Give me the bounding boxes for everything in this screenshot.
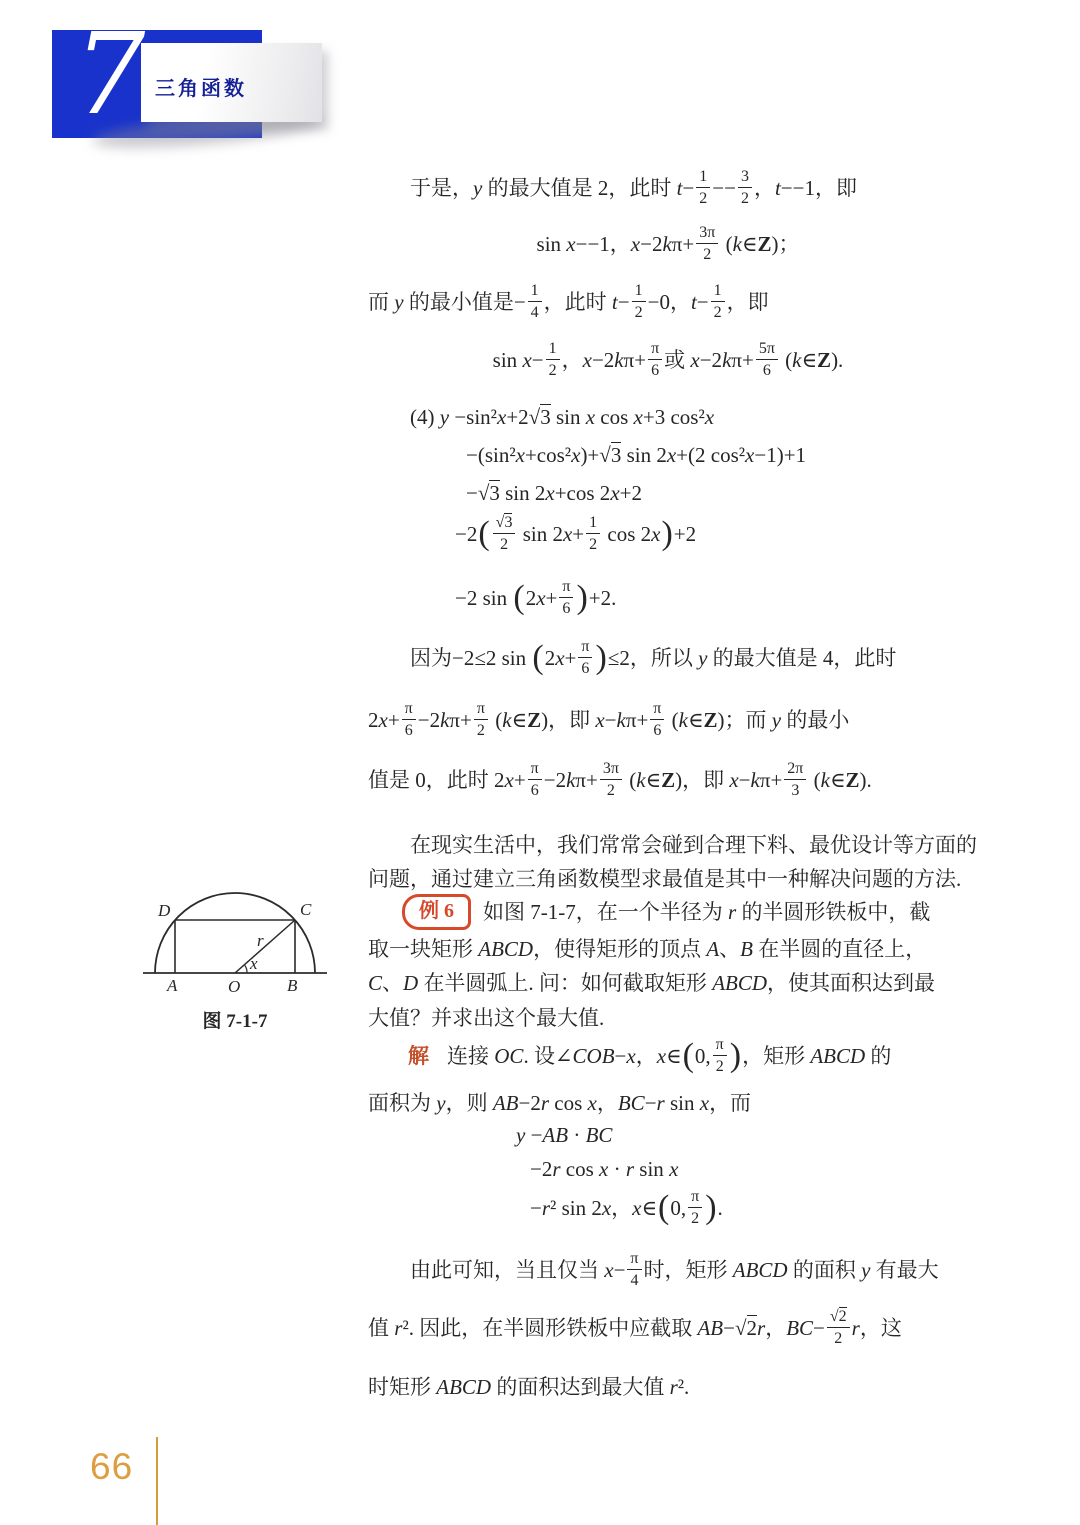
- text-line: sin x−12，x−2kπ+π6或 x−2kπ+5π6 (k∈Z).: [368, 342, 968, 383]
- text-line: 解连接 OC. 设∠COB−x，x∈(0,π2)，矩形 ABCD 的: [368, 1038, 1008, 1079]
- fraction: π6: [559, 578, 573, 619]
- fraction: 14: [528, 282, 542, 323]
- fraction: 2π3: [784, 760, 806, 801]
- label-a: A: [166, 976, 178, 995]
- fraction: π6: [648, 340, 662, 381]
- chapter-title: 三角函数: [155, 72, 247, 101]
- text-line: 大值？并求出这个最大值.: [368, 1003, 968, 1033]
- fraction: 12: [696, 168, 710, 209]
- text-line: −√3 sin 2x+cos 2x+2: [368, 478, 1066, 508]
- fraction: 5π6: [756, 340, 778, 381]
- fraction: √22: [827, 1308, 850, 1349]
- fraction: π2: [688, 1188, 702, 1229]
- text-line: 时矩形 ABCD 的面积达到最大值 r².: [368, 1372, 968, 1402]
- text-line: 而 y 的最小值是−14，此时 t−12−0，t−12，即: [368, 284, 968, 325]
- text-line: −2r cos x · r sin x: [368, 1154, 1080, 1184]
- textbook-page: 7 三角函数 D C A O B r x 图 7-1-7 于是，y 的最大值是 …: [0, 0, 1080, 1525]
- page-number: 66: [90, 1446, 133, 1488]
- footer-divider: [156, 1437, 158, 1525]
- text-line: 2x+π6−2kπ+π2 (k∈Z)，即 x−kπ+π6 (k∈Z)；而 y 的…: [368, 702, 968, 743]
- fraction: π2: [713, 1036, 727, 1077]
- fraction: π6: [650, 700, 664, 741]
- text-line: 面积为 y，则 AB−2r cos x，BC−r sin x，而: [368, 1088, 968, 1118]
- text-line: 于是，y 的最大值是 2，此时 t−12−−32，t−−1，即: [368, 170, 1010, 211]
- text-line: −(sin²x+cos²x)+√3 sin 2x+(2 cos²x−1)+1: [368, 440, 1066, 470]
- label-o: O: [228, 977, 240, 996]
- label-b: B: [287, 976, 298, 995]
- semicircle-diagram: D C A O B r x: [130, 880, 340, 1005]
- text-line: −2 sin (2x+π6)+2.: [368, 580, 1055, 621]
- fraction: 12: [632, 282, 646, 323]
- figure-7-1-7: D C A O B r x: [130, 880, 340, 1005]
- semicircle-arc: [155, 893, 315, 973]
- label-x: x: [249, 954, 258, 973]
- angle-arc: [245, 965, 247, 973]
- fraction: π6: [402, 700, 416, 741]
- text-line: C、D 在半圆弧上. 问：如何截取矩形 ABCD，使其面积达到最: [368, 968, 968, 998]
- fraction: 3π2: [600, 760, 622, 801]
- example-6-badge: 例 6: [402, 894, 471, 930]
- fraction: π2: [474, 700, 488, 741]
- chapter-title-banner: 三角函数: [141, 43, 322, 122]
- fraction: π6: [528, 760, 542, 801]
- fraction: 12: [711, 282, 725, 323]
- text-line: 因为−2≤2 sin (2x+π6)≤2，所以 y 的最大值是 4，此时: [368, 640, 1010, 681]
- fraction: √32: [493, 514, 516, 555]
- fraction: π6: [578, 638, 592, 679]
- label-d: D: [157, 901, 171, 920]
- fraction: 32: [738, 168, 752, 209]
- text-line: sin x−−1，x−2kπ+3π2 (k∈Z)；: [368, 226, 968, 267]
- text-line: 例 6如图 7-1-7，在一个半径为 r 的半圆形铁板中，截: [368, 896, 1002, 932]
- text-line: 问题，通过建立三角函数模型求最值是其中一种解决问题的方法.: [368, 864, 968, 894]
- text-line: 取一块矩形 ABCD，使得矩形的顶点 A、B 在半圆的直径上，: [368, 934, 968, 964]
- radius-oc-line: [235, 920, 295, 973]
- fraction: 12: [546, 340, 560, 381]
- fraction: 3π2: [696, 224, 718, 265]
- solution-label: 解: [408, 1044, 429, 1068]
- text-line: y −AB · BC: [368, 1120, 1080, 1150]
- text-line: −r² sin 2x，x∈(0,π2).: [368, 1190, 1080, 1231]
- text-line: (4) y −sin²x+2√3 sin x cos x+3 cos²x: [368, 402, 1010, 432]
- label-c: C: [300, 900, 312, 919]
- fraction: π4: [627, 1250, 641, 1291]
- text-line: 值是 0，此时 2x+π6−2kπ+3π2 (k∈Z)，即 x−kπ+2π3 (…: [368, 762, 968, 803]
- chapter-number: 7: [74, 14, 145, 137]
- figure-caption: 图 7-1-7: [130, 1006, 340, 1033]
- text-line: −2(√32 sin 2x+12 cos 2x)+2: [368, 516, 1055, 557]
- text-line: 由此可知，当且仅当 x−π4时，矩形 ABCD 的面积 y 有最大: [368, 1252, 1010, 1293]
- fraction: 12: [586, 514, 600, 555]
- label-r: r: [257, 931, 264, 950]
- text-line: 值 r². 因此，在半圆形铁板中应截取 AB−√2r，BC−√22r，这: [368, 1310, 968, 1351]
- text-line: 在现实生活中，我们常常会碰到合理下料、最优设计等方面的: [368, 830, 1010, 860]
